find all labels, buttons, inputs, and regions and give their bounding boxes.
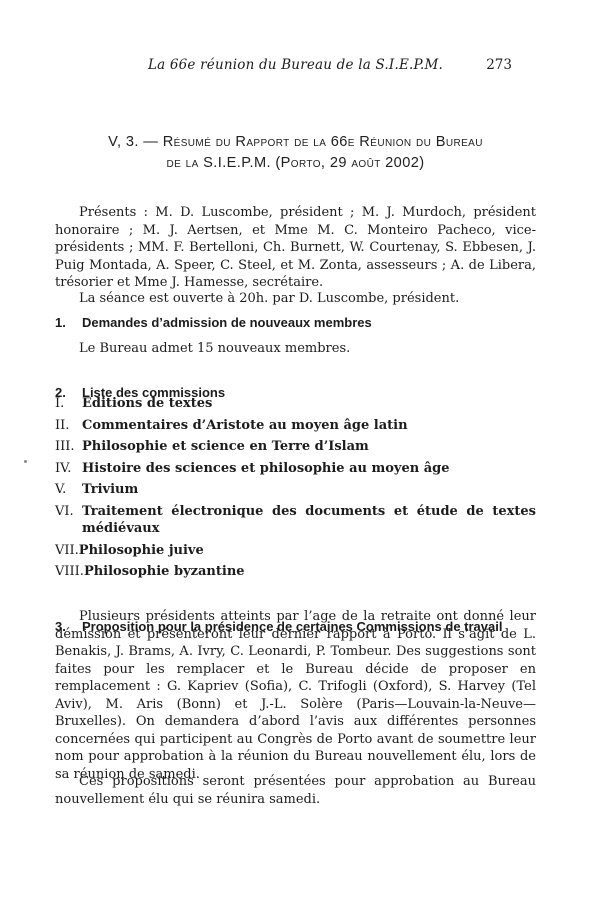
commission-item: IV.Histoire des sciences et philosophie …	[55, 460, 536, 478]
commissions-list: I.Editions de textes II.Commentaires d’A…	[55, 395, 536, 585]
commission-label: Philosophie et science en Terre d’Islam	[82, 439, 369, 454]
commission-numeral: IV.	[55, 460, 71, 478]
commission-item: VI.Traitement électronique des documents…	[55, 503, 536, 538]
commission-label: Histoire des sciences et philosophie au …	[82, 461, 450, 476]
commission-item: III.Philosophie et science en Terre d’Is…	[55, 438, 536, 456]
commission-item: II.Commentaires d’Aristote au moyen âge …	[55, 417, 536, 435]
commission-numeral: V.	[55, 481, 66, 499]
commission-label: Philosophie byzantine	[84, 564, 245, 579]
commission-numeral: VII.	[55, 543, 79, 558]
paragraph-seance: La séance est ouverte à 20h. par D. Lusc…	[55, 290, 536, 308]
commission-label: Editions de textes	[82, 396, 212, 411]
commission-item: I.Editions de textes	[55, 395, 536, 413]
commission-label: Trivium	[82, 482, 138, 497]
commission-numeral: VIII.	[55, 564, 84, 579]
section-1-heading: 1. Demandes d’admission de nouveaux memb…	[55, 314, 563, 331]
section-1-label: Demandes d’admission de nouveaux membres	[82, 315, 372, 330]
page-number: 273	[486, 57, 512, 73]
commission-label: Philosophie juive	[79, 543, 204, 558]
paragraph-replacements: Plusieurs présidents atteints par l’age …	[55, 608, 536, 783]
commission-numeral: I.	[55, 395, 64, 413]
running-header-title: La 66e réunion du Bureau de la S.I.E.P.M…	[55, 57, 536, 73]
section-1-number: 1.	[55, 314, 66, 331]
section-1-body: Le Bureau admet 15 nouveaux membres.	[55, 340, 536, 358]
article-title-line-2: de la S.I.E.P.M. (Porto, 29 août 2002)	[55, 153, 536, 174]
commission-label: Commentaires d’Aristote au moyen âge lat…	[82, 418, 408, 433]
commission-numeral: VI.	[55, 503, 74, 521]
commission-item: VIII.Philosophie byzantine	[55, 563, 536, 581]
scan-speck-artifact	[24, 460, 27, 463]
commission-numeral: III.	[55, 438, 75, 456]
commission-item: VII.Philosophie juive	[55, 542, 536, 560]
article-title-line-1: V, 3. — Résumé du Rapport de la 66e Réun…	[55, 132, 536, 153]
paragraph-presents: Présents : M. D. Luscombe, président ; M…	[55, 204, 536, 292]
commission-item: V.Trivium	[55, 481, 536, 499]
article-title: V, 3. — Résumé du Rapport de la 66e Réun…	[55, 132, 536, 174]
paragraph-approbation: Ces propositions seront présentées pour …	[55, 773, 536, 808]
running-header: La 66e réunion du Bureau de la S.I.E.P.M…	[55, 57, 536, 73]
journal-page: La 66e réunion du Bureau de la S.I.E.P.M…	[0, 0, 589, 909]
commission-numeral: II.	[55, 417, 69, 435]
commission-label: Traitement électronique des documents et…	[82, 504, 536, 537]
